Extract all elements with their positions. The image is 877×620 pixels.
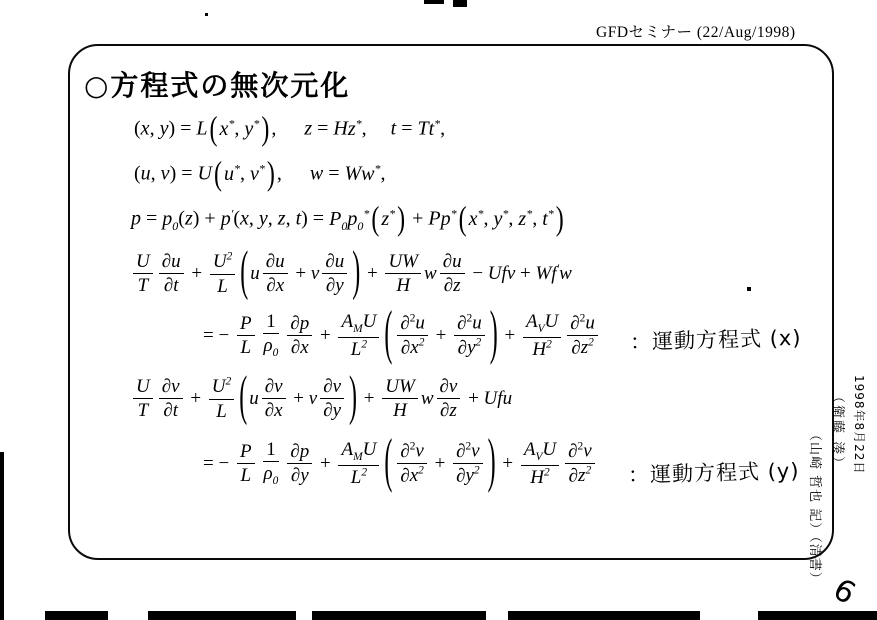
page-number: 9 [829,570,863,610]
scan-artifact-bottom-bar [45,611,877,620]
page-title: ○方程式の無次元化 [84,64,350,104]
equation-v-momentum-lhs: UT∂v∂t + U2L(u∂v∂x + v∂v∂y) + UWHw∂v∂z +… [130,376,512,422]
scan-artifact-bottom-gap [700,611,758,620]
scan-artifact-top-mark-1 [424,0,444,4]
scan-artifact-bottom-gap [486,611,508,620]
equation-uv-scaling: (u, v) = U(u*, v*),w = Ww*, [134,161,386,189]
annotation-motion-equation-y: ：運動方程式 (y) [628,455,800,489]
scan-artifact-top-mark-2 [453,0,467,7]
scan-artifact-bottom-gap [108,611,148,620]
equation-xy-scaling: (x, y) = L(x*, y*),z = Hz*,t = Tt*, [134,116,445,144]
scan-artifact-dot-2 [747,287,751,291]
annotation-motion-equation-x: ：運動方程式 (x) [630,322,802,356]
margin-note-scribe: （山崎 哲也 記）（清書） [807,428,826,586]
equation-u-momentum-rhs: = − PL1ρ0∂p∂x + AMUL2(∂2u∂x2 + ∂2u∂y2) +… [203,311,601,360]
margin-note-date: 1998年8月22日 [851,375,868,474]
scanned-seminar-page: GFDセミナー (22/Aug/1998) ○方程式の無次元化 (x, y) =… [0,0,877,620]
equation-u-momentum-lhs: UT∂u∂t + U2L(u∂u∂x + v∂u∂y) + UWHw∂u∂z −… [130,251,572,297]
seminar-date-label: GFDセミナー (22/Aug/1998) [596,20,796,42]
equation-v-momentum-rhs: = − PL1ρ0∂p∂y + AMUL2(∂2v∂x2 + ∂2v∂y2) +… [203,439,598,488]
scan-artifact-dot-1 [205,13,208,16]
scan-artifact-left-edge [0,452,4,620]
margin-note-name: （衛藤 湊） [830,390,849,471]
scan-artifact-bottom-gap [296,611,312,620]
equation-pressure-scaling: p = p0(z) + p′(x, y, z, t) = P0p0*(z*) +… [131,206,566,234]
